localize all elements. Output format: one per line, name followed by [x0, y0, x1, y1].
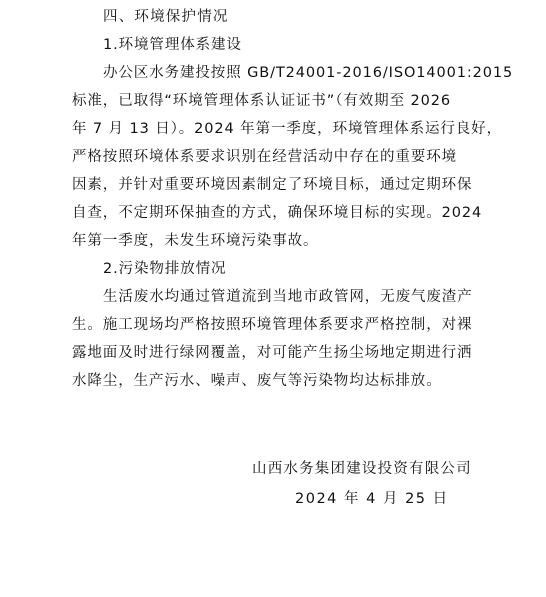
paragraph-line: 办公区水务建投按照 GB/T24001-2016/ISO14001:2015	[72, 59, 464, 87]
paragraph-line: 年第一季度，未发生环境污染事故。	[72, 227, 464, 255]
subsection-title-pollutant-discharge: 2.污染物排放情况	[72, 255, 464, 283]
paragraph-line: 严格按照环境体系要求识别在经营活动中存在的重要环境	[72, 143, 464, 171]
signature-organization: 山西水务集团建设投资有限公司	[252, 455, 546, 483]
paragraph-line: 水降尘，生产污水、噪声、废气等污染物均达标排放。	[72, 367, 464, 395]
document-body: 四、环境保护情况 1.环境管理体系建设 办公区水务建投按照 GB/T24001-…	[72, 3, 464, 395]
signature-date: 2024 年 4 月 25 日	[295, 485, 546, 513]
paragraph-line: 年 7 月 13 日）。2024 年第一季度，环境管理体系运行良好，	[72, 115, 464, 143]
paragraph-line: 生活废水均通过管道流到当地市政管网，无废气废渣产	[72, 283, 464, 311]
paragraph-line: 因素，并针对重要环境因素制定了环境目标，通过定期环保	[72, 171, 464, 199]
paragraph-line: 露地面及时进行绿网覆盖，对可能产生扬尘场地定期进行洒	[72, 339, 464, 367]
paragraph-line: 自查，不定期环保抽查的方式，确保环境目标的实现。2024	[72, 199, 464, 227]
section-heading: 四、环境保护情况	[72, 3, 464, 31]
subsection-title-env-management: 1.环境管理体系建设	[72, 31, 464, 59]
paragraph-line: 标准，已取得“环境管理体系认证证书”（有效期至 2026	[72, 87, 464, 115]
paragraph-line: 生。施工现场均严格按照环境管理体系要求严格控制，对裸	[72, 311, 464, 339]
